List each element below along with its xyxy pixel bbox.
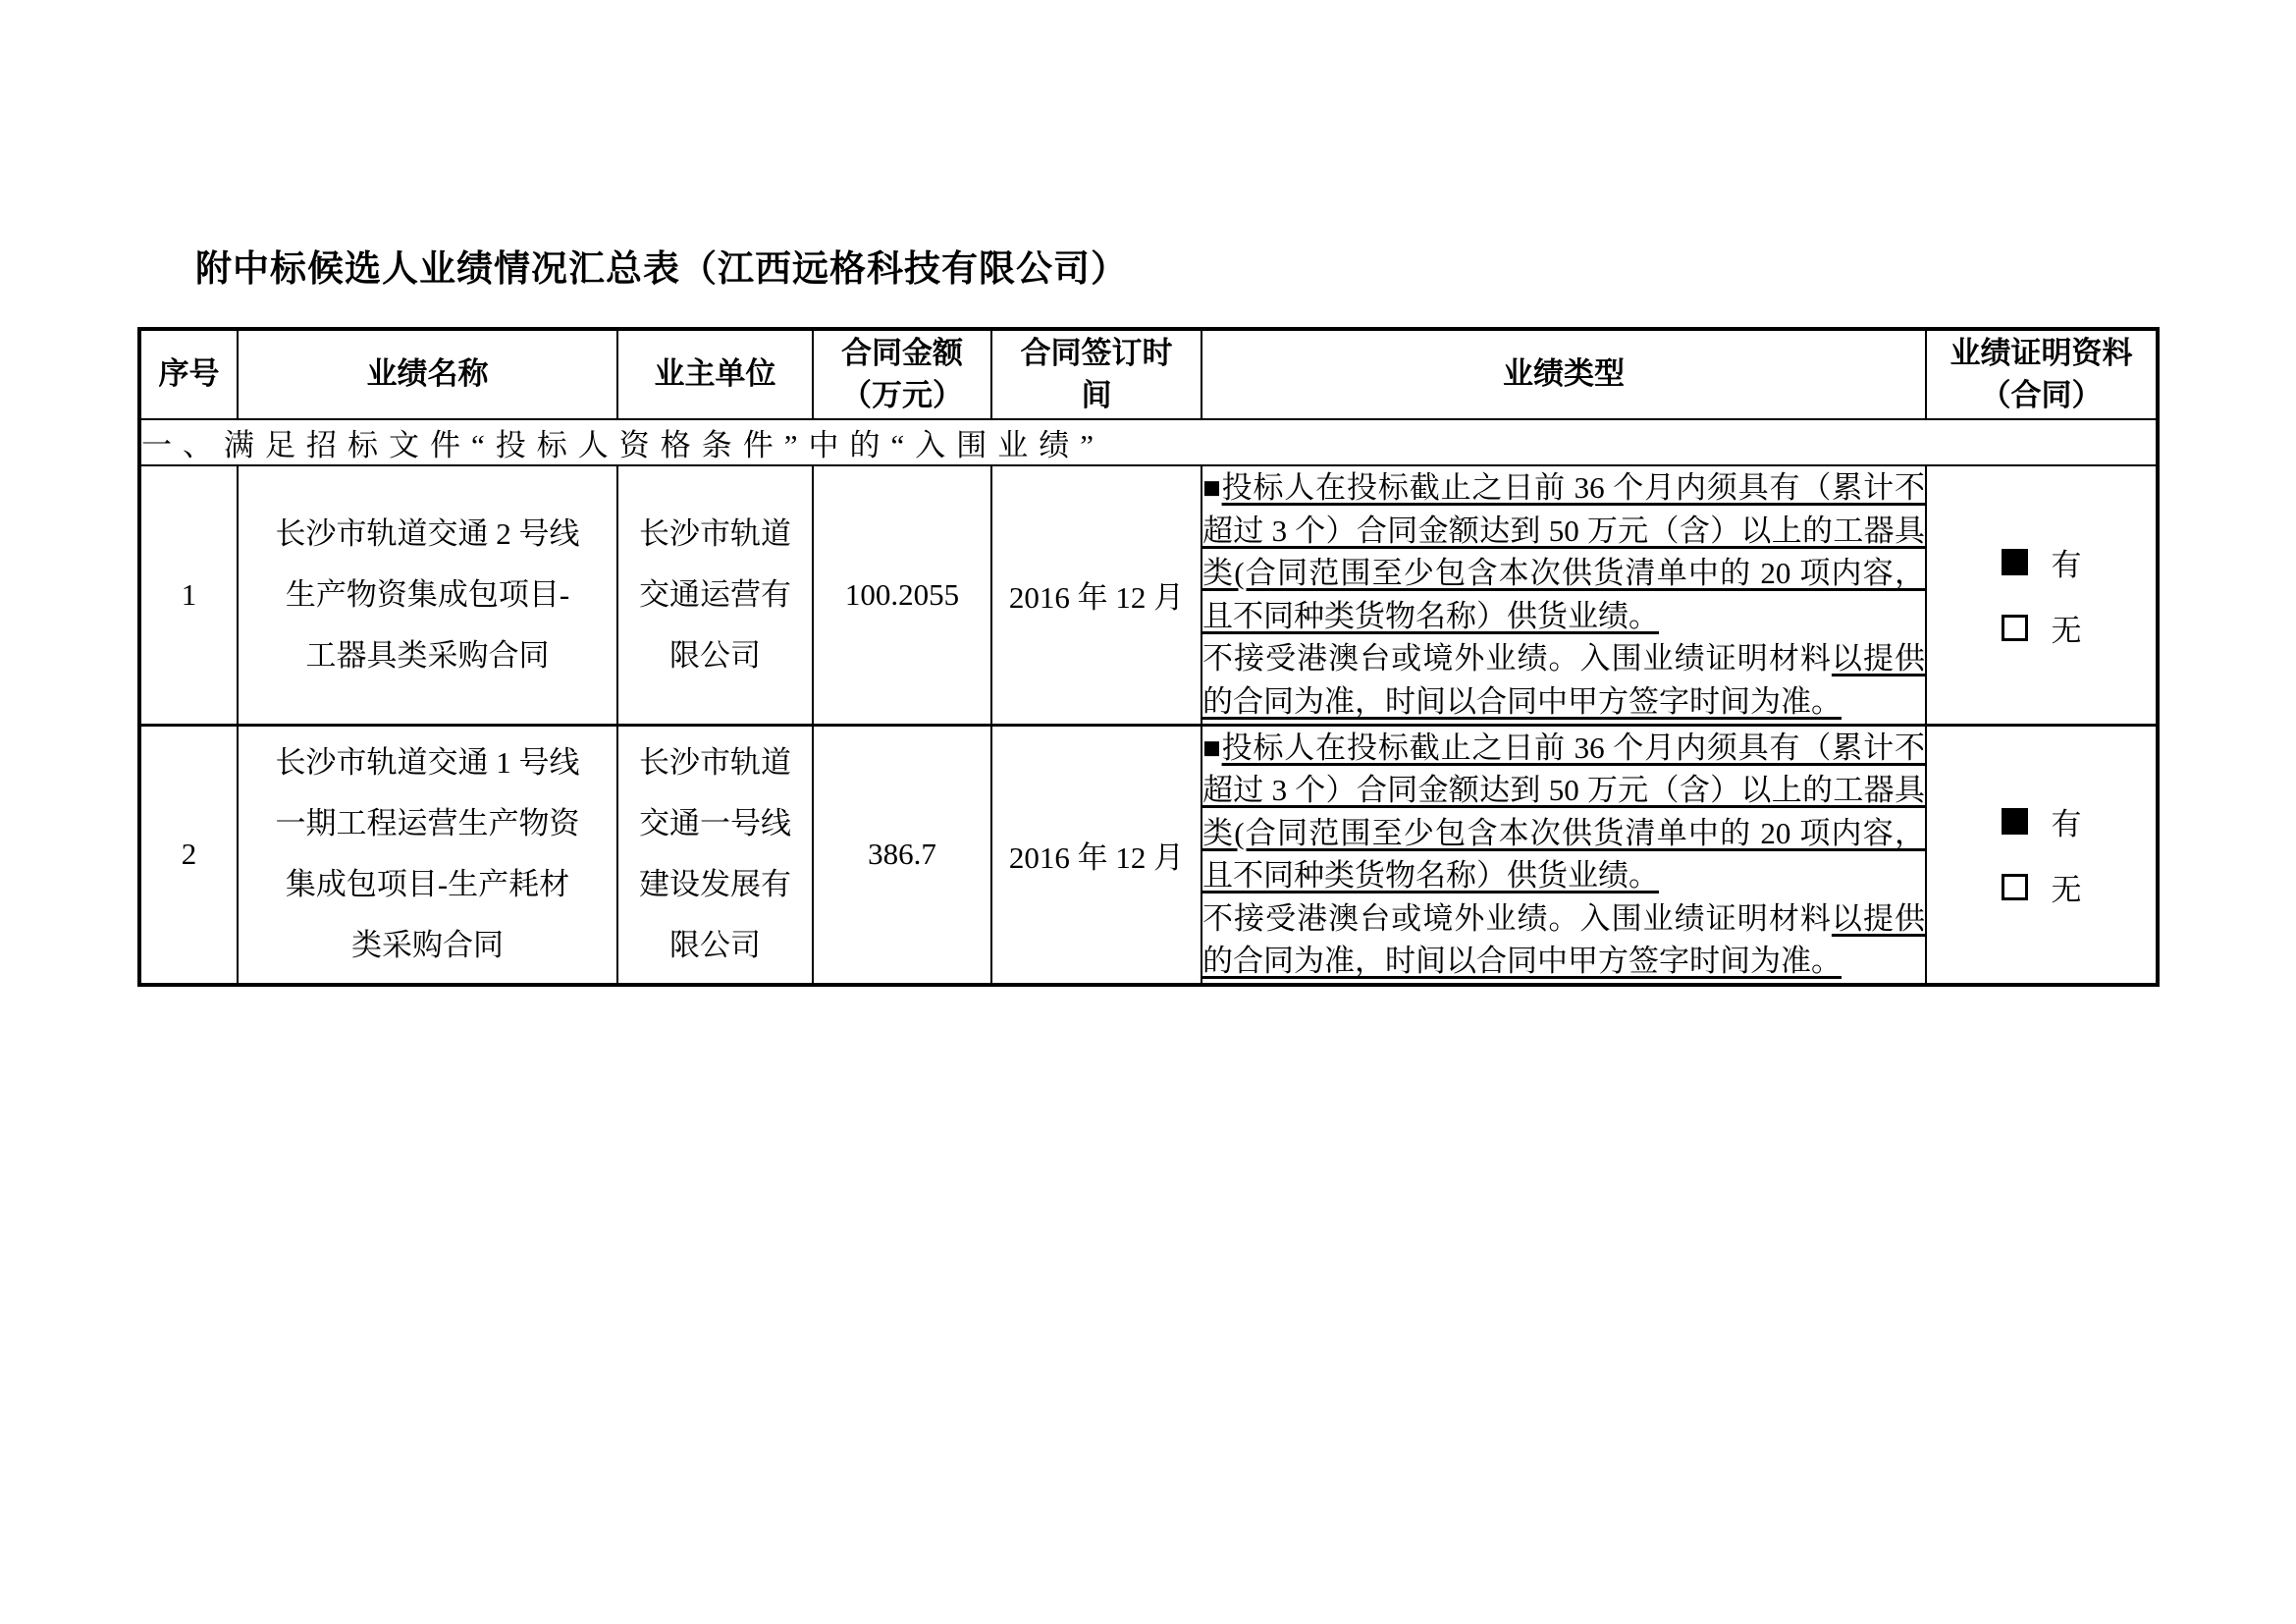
cell-sign-time: 2016 年 12 月 <box>991 725 1201 985</box>
cell-owner: 长沙市轨道 交通运营有 限公司 <box>617 465 813 725</box>
proof-option-has: 有 <box>2002 540 2082 584</box>
proof-option-none: 无 <box>2002 606 2082 650</box>
section-row: 一、满足招标文件“投标人资格条件”中的“入围业绩” <box>139 419 2158 465</box>
cell-name: 长沙市轨道交通 1 号线 一期工程运营生产物资 集成包项目-生产耗材 类采购合同 <box>238 725 617 985</box>
cell-seq: 1 <box>139 465 238 725</box>
checked-checkbox-icon <box>2002 549 2028 575</box>
cell-proof: 有 无 <box>1926 465 2158 725</box>
table-row: 2 长沙市轨道交通 1 号线 一期工程运营生产物资 集成包项目-生产耗材 类采购… <box>139 725 2158 985</box>
proof-options: 有 无 <box>2002 540 2082 650</box>
page-title: 附中标候选人业绩情况汇总表（江西远格科技有限公司） <box>195 239 1128 292</box>
proof-option-label: 有 <box>2052 799 2082 843</box>
cell-owner: 长沙市轨道 交通一号线 建设发展有 限公司 <box>617 725 813 985</box>
proof-option-has: 有 <box>2002 799 2082 843</box>
cell-seq: 2 <box>139 725 238 985</box>
col-header-seq: 序号 <box>139 329 238 419</box>
col-header-owner: 业主单位 <box>617 329 813 419</box>
col-header-name: 业绩名称 <box>238 329 617 419</box>
col-header-type: 业绩类型 <box>1201 329 1926 419</box>
proof-options: 有 无 <box>2002 799 2082 909</box>
cell-proof: 有 无 <box>1926 725 2158 985</box>
section-title: 一、满足招标文件“投标人资格条件”中的“入围业绩” <box>139 419 2158 465</box>
cell-amount: 386.7 <box>813 725 991 985</box>
cell-name: 长沙市轨道交通 2 号线 生产物资集成包项目- 工器具类采购合同 <box>238 465 617 725</box>
cell-sign-time: 2016 年 12 月 <box>991 465 1201 725</box>
col-header-sign-time: 合同签订时 间 <box>991 329 1201 419</box>
proof-option-label: 有 <box>2052 540 2082 584</box>
proof-option-label: 无 <box>2052 606 2082 650</box>
col-header-proof: 业绩证明资料 （合同） <box>1926 329 2158 419</box>
cell-type: ■投标人在投标截止之日前 36 个月内须具有（累计不超过 3 个）合同金额达到 … <box>1201 465 1926 725</box>
checked-checkbox-icon <box>2002 808 2028 835</box>
unchecked-checkbox-icon <box>2002 615 2028 641</box>
col-header-amount: 合同金额 （万元） <box>813 329 991 419</box>
proof-option-label: 无 <box>2052 865 2082 909</box>
cell-amount: 100.2055 <box>813 465 991 725</box>
table-header-row: 序号 业绩名称 业主单位 合同金额 （万元） 合同签订时 间 业绩类型 业绩证明… <box>139 329 2158 419</box>
table-row: 1 长沙市轨道交通 2 号线 生产物资集成包项目- 工器具类采购合同 长沙市轨道… <box>139 465 2158 725</box>
unchecked-checkbox-icon <box>2002 874 2028 900</box>
performance-summary-table: 序号 业绩名称 业主单位 合同金额 （万元） 合同签订时 间 业绩类型 业绩证明… <box>137 327 2160 987</box>
proof-option-none: 无 <box>2002 865 2082 909</box>
cell-type: ■投标人在投标截止之日前 36 个月内须具有（累计不超过 3 个）合同金额达到 … <box>1201 725 1926 985</box>
document-page: 附中标候选人业绩情况汇总表（江西远格科技有限公司） 序号 业绩名称 业主单位 合… <box>0 0 2296 1624</box>
